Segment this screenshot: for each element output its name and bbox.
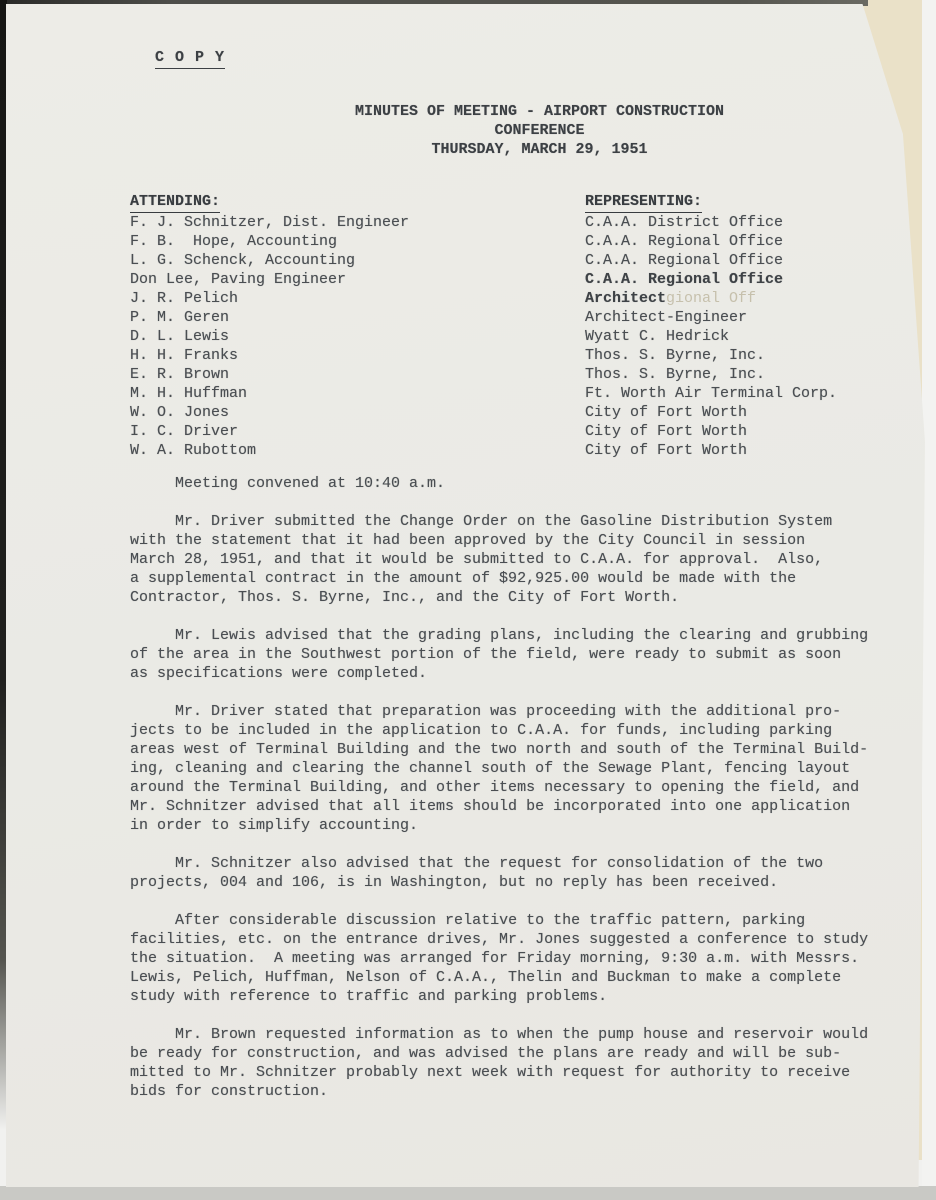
title-line-1: MINUTES OF MEETING - AIRPORT CONSTRUCTIO…	[174, 102, 905, 121]
attendee-name: J. R. Pelich	[130, 289, 585, 308]
scanned-document: C O P Y MINUTES OF MEETING - AIRPORT CON…	[0, 0, 936, 1200]
attendee-name: L. G. Schenck, Accounting	[130, 251, 585, 270]
paragraph-additional-projects: Mr. Driver stated that preparation was p…	[130, 702, 905, 835]
attendee-org: Thos. S. Byrne, Inc.	[585, 365, 905, 384]
erased-ghost-text: gional Off	[666, 290, 756, 307]
attendee-name: W. A. Rubottom	[130, 441, 585, 460]
attendee-name: H. H. Franks	[130, 346, 585, 365]
attendee-name: M. H. Huffman	[130, 384, 585, 403]
document-title: MINUTES OF MEETING - AIRPORT CONSTRUCTIO…	[130, 102, 905, 159]
representing-header: REPRESENTING:	[585, 192, 905, 213]
paragraph-grading-plans: Mr. Lewis advised that the grading plans…	[130, 626, 905, 683]
attendee-name: F. B. Hope, Accounting	[130, 232, 585, 251]
document-page: C O P Y MINUTES OF MEETING - AIRPORT CON…	[6, 4, 925, 1187]
attendee-name: E. R. Brown	[130, 365, 585, 384]
scan-edge-left	[0, 0, 7, 1130]
attendee-org: C.A.A. District Office	[585, 213, 905, 232]
paragraph-pump-house: Mr. Brown requested information as to wh…	[130, 1025, 905, 1101]
attendee-org: Wyatt C. Hedrick	[585, 327, 905, 346]
attendee-org: Thos. S. Byrne, Inc.	[585, 346, 905, 365]
attendee-name: Don Lee, Paving Engineer	[130, 270, 585, 289]
attendee-name: W. O. Jones	[130, 403, 585, 422]
attendee-org: Architectgional Off	[585, 289, 905, 308]
attending-header: ATTENDING:	[130, 192, 585, 213]
scanner-edge	[922, 0, 936, 1200]
title-line-2: CONFERENCE	[174, 121, 905, 140]
convened-line: Meeting convened at 10:40 a.m.	[130, 474, 905, 493]
attendee-name: P. M. Geren	[130, 308, 585, 327]
attendee-org: C.A.A. Regional Office	[585, 270, 905, 289]
paragraph-change-order: Mr. Driver submitted the Change Order on…	[130, 512, 905, 607]
attendee-table: ATTENDING: REPRESENTING: F. J. Schnitzer…	[130, 192, 905, 460]
attendee-org: Architect-Engineer	[585, 308, 905, 327]
copy-stamp: C O P Y	[155, 48, 225, 69]
attendee-org: City of Fort Worth	[585, 403, 905, 422]
title-line-3: THURSDAY, MARCH 29, 1951	[174, 140, 905, 159]
attendee-org: City of Fort Worth	[585, 422, 905, 441]
paragraph-consolidation: Mr. Schnitzer also advised that the requ…	[130, 854, 905, 892]
attendee-name: D. L. Lewis	[130, 327, 585, 346]
attendee-org: C.A.A. Regional Office	[585, 251, 905, 270]
attendee-org: Ft. Worth Air Terminal Corp.	[585, 384, 905, 403]
attendee-org: City of Fort Worth	[585, 441, 905, 460]
paragraph-traffic-conference: After considerable discussion relative t…	[130, 911, 905, 1006]
attendee-name: F. J. Schnitzer, Dist. Engineer	[130, 213, 585, 232]
attendee-name: I. C. Driver	[130, 422, 585, 441]
attendee-org: C.A.A. Regional Office	[585, 232, 905, 251]
scan-edge-bottom	[0, 1186, 936, 1200]
